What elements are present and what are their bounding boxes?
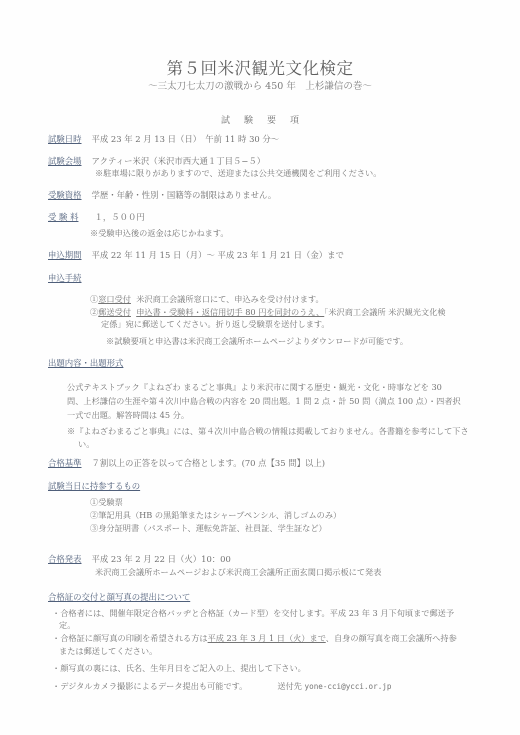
certificate-bullet-1-line-1: ・合格者には、開催年限定合格バッヂと合格証（カード型）を交付します。平成 23 … [52, 607, 454, 619]
venue-note: ※駐車場に限りがありますので、送迎または公共交通機関をご利用ください。 [95, 167, 381, 179]
venue-value: アクティー米沢（米沢市西大通１丁目５−５） [92, 156, 266, 166]
bring-row: 試験当日に持参するもの [48, 480, 150, 492]
pass-criteria-row: 合格基準７割以上の正答を以って合格とします。(70 点【35 問】以上) [48, 457, 325, 469]
certificate-bullet-2-pre: ・合格証に顔写真の印刷を希望される方は [52, 633, 208, 643]
certificate-bullet-3: ・顔写真の裏には、氏名、生年月日をご記入の上、提出して下さい。 [52, 662, 306, 674]
application-procedure-label: 申込手続 [48, 272, 82, 284]
certificate-bullet-4: ・デジタルカメラ撮影によるデータ提出も可能です。送付先 yone-cci@ycc… [52, 680, 391, 693]
exam-date-value: 平成 23 年 2 月 13 日（日） 午前 11 時 30 分～ [92, 134, 280, 144]
announcement-row: 合格発表平成 23 年 2 月 22 日（火）10：00 [48, 553, 231, 565]
procedure-item-2-method: 郵送受付 [98, 307, 131, 317]
bring-item: ①受験票 [90, 496, 123, 508]
content-note-line-2: い。 [78, 438, 94, 450]
certificate-bullet-2-line-1: ・合格証に顔写真の印刷を希望される方は平成 23 年 3 月 1 日（火）まで、… [52, 632, 457, 644]
bring-label: 試験当日に持参するもの [48, 480, 140, 492]
fee-value: １，５００円 [94, 212, 144, 222]
procedure-item-1-text: 米沢商工会議所窓口にて、申込みを受け付けます。 [136, 294, 324, 304]
section-heading: 試験要項 [0, 113, 520, 126]
fee-note: ※受験申込後の返金は応じかねます。 [90, 227, 229, 239]
application-period-label: 申込期間 [48, 249, 82, 261]
certificate-bullet-2-line-2: または郵送してください。 [59, 645, 157, 657]
certificate-bullet-2-post: 、自身の顔写真を商工会議所へ持参 [326, 633, 457, 643]
document-title: 第５回米沢観光文化検定 [0, 55, 520, 79]
bring-item: ③身分証明書（パスポート、運転免許証、社員証、学生証など） [90, 522, 327, 534]
announcement-value: 平成 23 年 2 月 22 日（火）10：00 [92, 554, 231, 564]
content-note-line-1: ※『よねざわまるごと事典』には、第４次川中島合戦の情報は掲載しておりません。各書… [67, 425, 469, 437]
pass-criteria-label: 合格基準 [48, 457, 82, 469]
exam-date-label: 試験日時 [48, 133, 82, 145]
procedure-item-counter: ①窓口受付 米沢商工会議所窓口にて、申込みを受け付けます。 [90, 293, 324, 305]
photo-deadline: 平成 23 年 3 月 1 日（火）まで [208, 633, 326, 643]
certificate-bullet-1-line-2: 定。 [59, 619, 75, 631]
announcement-label: 合格発表 [48, 553, 82, 565]
procedure-item-2-text: 「米沢商工会議所 米沢観光文化検 [324, 307, 445, 317]
content-body-line-2: 問、上杉謙信の生涯や第４次川中島合戦の内容を 20 問出題。1 問 2 点・計 … [67, 395, 461, 407]
fee-label: 受 験 料 [48, 211, 78, 223]
application-period-value: 平成 22 年 11 月 15 日（月）～ 平成 23 年 1 月 21 日（金… [92, 250, 344, 260]
procedure-item-1-prefix: ① [90, 294, 98, 304]
certificate-label: 合格証の交付と顔写真の提出について [48, 591, 190, 603]
fee-row: 受 験 料１，５００円 [48, 211, 145, 223]
application-period-row: 申込期間平成 22 年 11 月 15 日（月）～ 平成 23 年 1 月 21… [48, 249, 344, 261]
eligibility-label: 受験資格 [48, 189, 82, 201]
venue-label: 試験会場 [48, 155, 82, 167]
eligibility-row: 受験資格学歴・年齢・性別・国籍等の制限はありません。 [48, 189, 276, 201]
certificate-row: 合格証の交付と顔写真の提出について [48, 591, 200, 603]
procedure-item-mail: ②郵送受付 申込書・受験料・返信用切手 80 円を同封のうえ、「米沢商工会議所 … [90, 306, 446, 318]
content-label: 出題内容・出題形式 [48, 357, 123, 369]
procedure-item-2-underlined: 申込書・受験料・返信用切手 80 円を同封のうえ、 [136, 307, 324, 317]
document-page: 第５回米沢観光文化検定 ～三太刀七太刀の激戦から 450 年 上杉謙信の巻～ 試… [0, 0, 520, 735]
content-body-line-3: 一式で出題。解答時間は 45 分。 [67, 409, 189, 421]
procedure-note: ※試験要項と申込書は米沢商工会議所ホームページよりダウンロードが可能です。 [106, 335, 408, 347]
contact-email[interactable]: yone-cci@ycci.or.jp [305, 682, 392, 691]
procedure-item-2-continued: 定係」宛に郵送してください。折り返し受験票を送付します。 [101, 318, 330, 330]
procedure-item-1-method: 窓口受付 [98, 294, 131, 304]
content-body-line-1: 公式テキストブック『よねざわ まるごと事典』より米沢市に関する歴史・観光・文化・… [67, 381, 442, 393]
contact-label: 送付先 [277, 681, 302, 691]
announcement-detail: 米沢商工会議所ホームページおよび米沢商工会議所正面玄関口掲示板にて発表 [95, 566, 381, 578]
content-row: 出題内容・出題形式 [48, 357, 133, 369]
certificate-bullet-4-text: ・デジタルカメラ撮影によるデータ提出も可能です。 [52, 681, 247, 691]
eligibility-value: 学歴・年齢・性別・国籍等の制限はありません。 [92, 190, 277, 200]
venue-row: 試験会場アクティー米沢（米沢市西大通１丁目５−５） [48, 155, 265, 167]
exam-date-row: 試験日時平成 23 年 2 月 13 日（日） 午前 11 時 30 分～ [48, 133, 279, 145]
procedure-item-2-prefix: ② [90, 307, 98, 317]
pass-criteria-value: ７割以上の正答を以って合格とします。(70 点【35 問】以上) [92, 458, 326, 468]
application-procedure-row: 申込手続 [48, 272, 92, 284]
bring-item: ②筆記用具（HB の黒鉛筆またはシャープペンシル、消しゴムのみ） [90, 509, 341, 521]
document-subtitle: ～三太刀七太刀の激戦から 450 年 上杉謙信の巻～ [0, 78, 520, 92]
